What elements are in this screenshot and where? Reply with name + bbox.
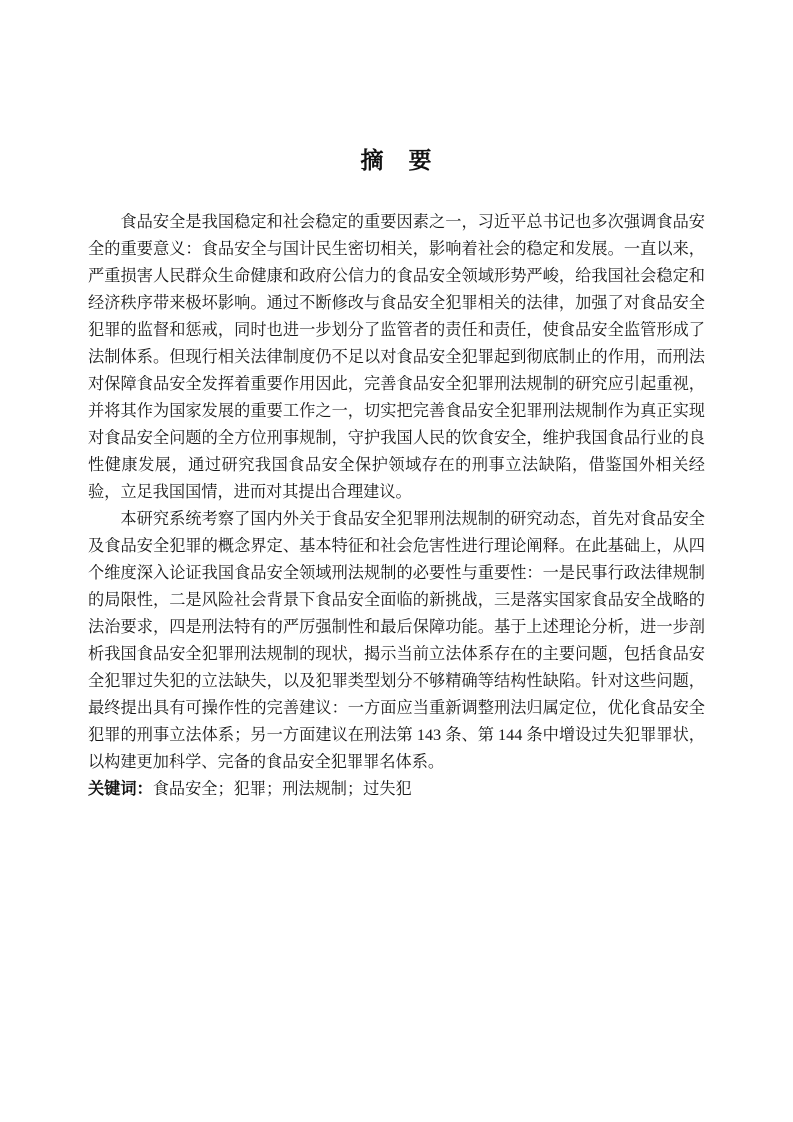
abstract-body: 食品安全是我国稳定和社会稳定的重要因素之一，习近平总书记也多次强调食品安全的重要…	[88, 209, 705, 803]
keywords-label: 关键词：	[88, 780, 153, 798]
keywords-line: 关键词：食品安全；犯罪；刑法规制；过失犯	[88, 776, 705, 803]
abstract-paragraph-1: 食品安全是我国稳定和社会稳定的重要因素之一，习近平总书记也多次强调食品安全的重要…	[88, 209, 705, 506]
document-page: 摘 要 食品安全是我国稳定和社会稳定的重要因素之一，习近平总书记也多次强调食品安…	[0, 0, 793, 1122]
abstract-paragraph-2: 本研究系统考察了国内外关于食品安全犯罪刑法规制的研究动态，首先对食品安全及食品安…	[88, 506, 705, 776]
page-title: 摘 要	[88, 142, 705, 175]
keywords-text: 食品安全；犯罪；刑法规制；过失犯	[153, 780, 412, 798]
